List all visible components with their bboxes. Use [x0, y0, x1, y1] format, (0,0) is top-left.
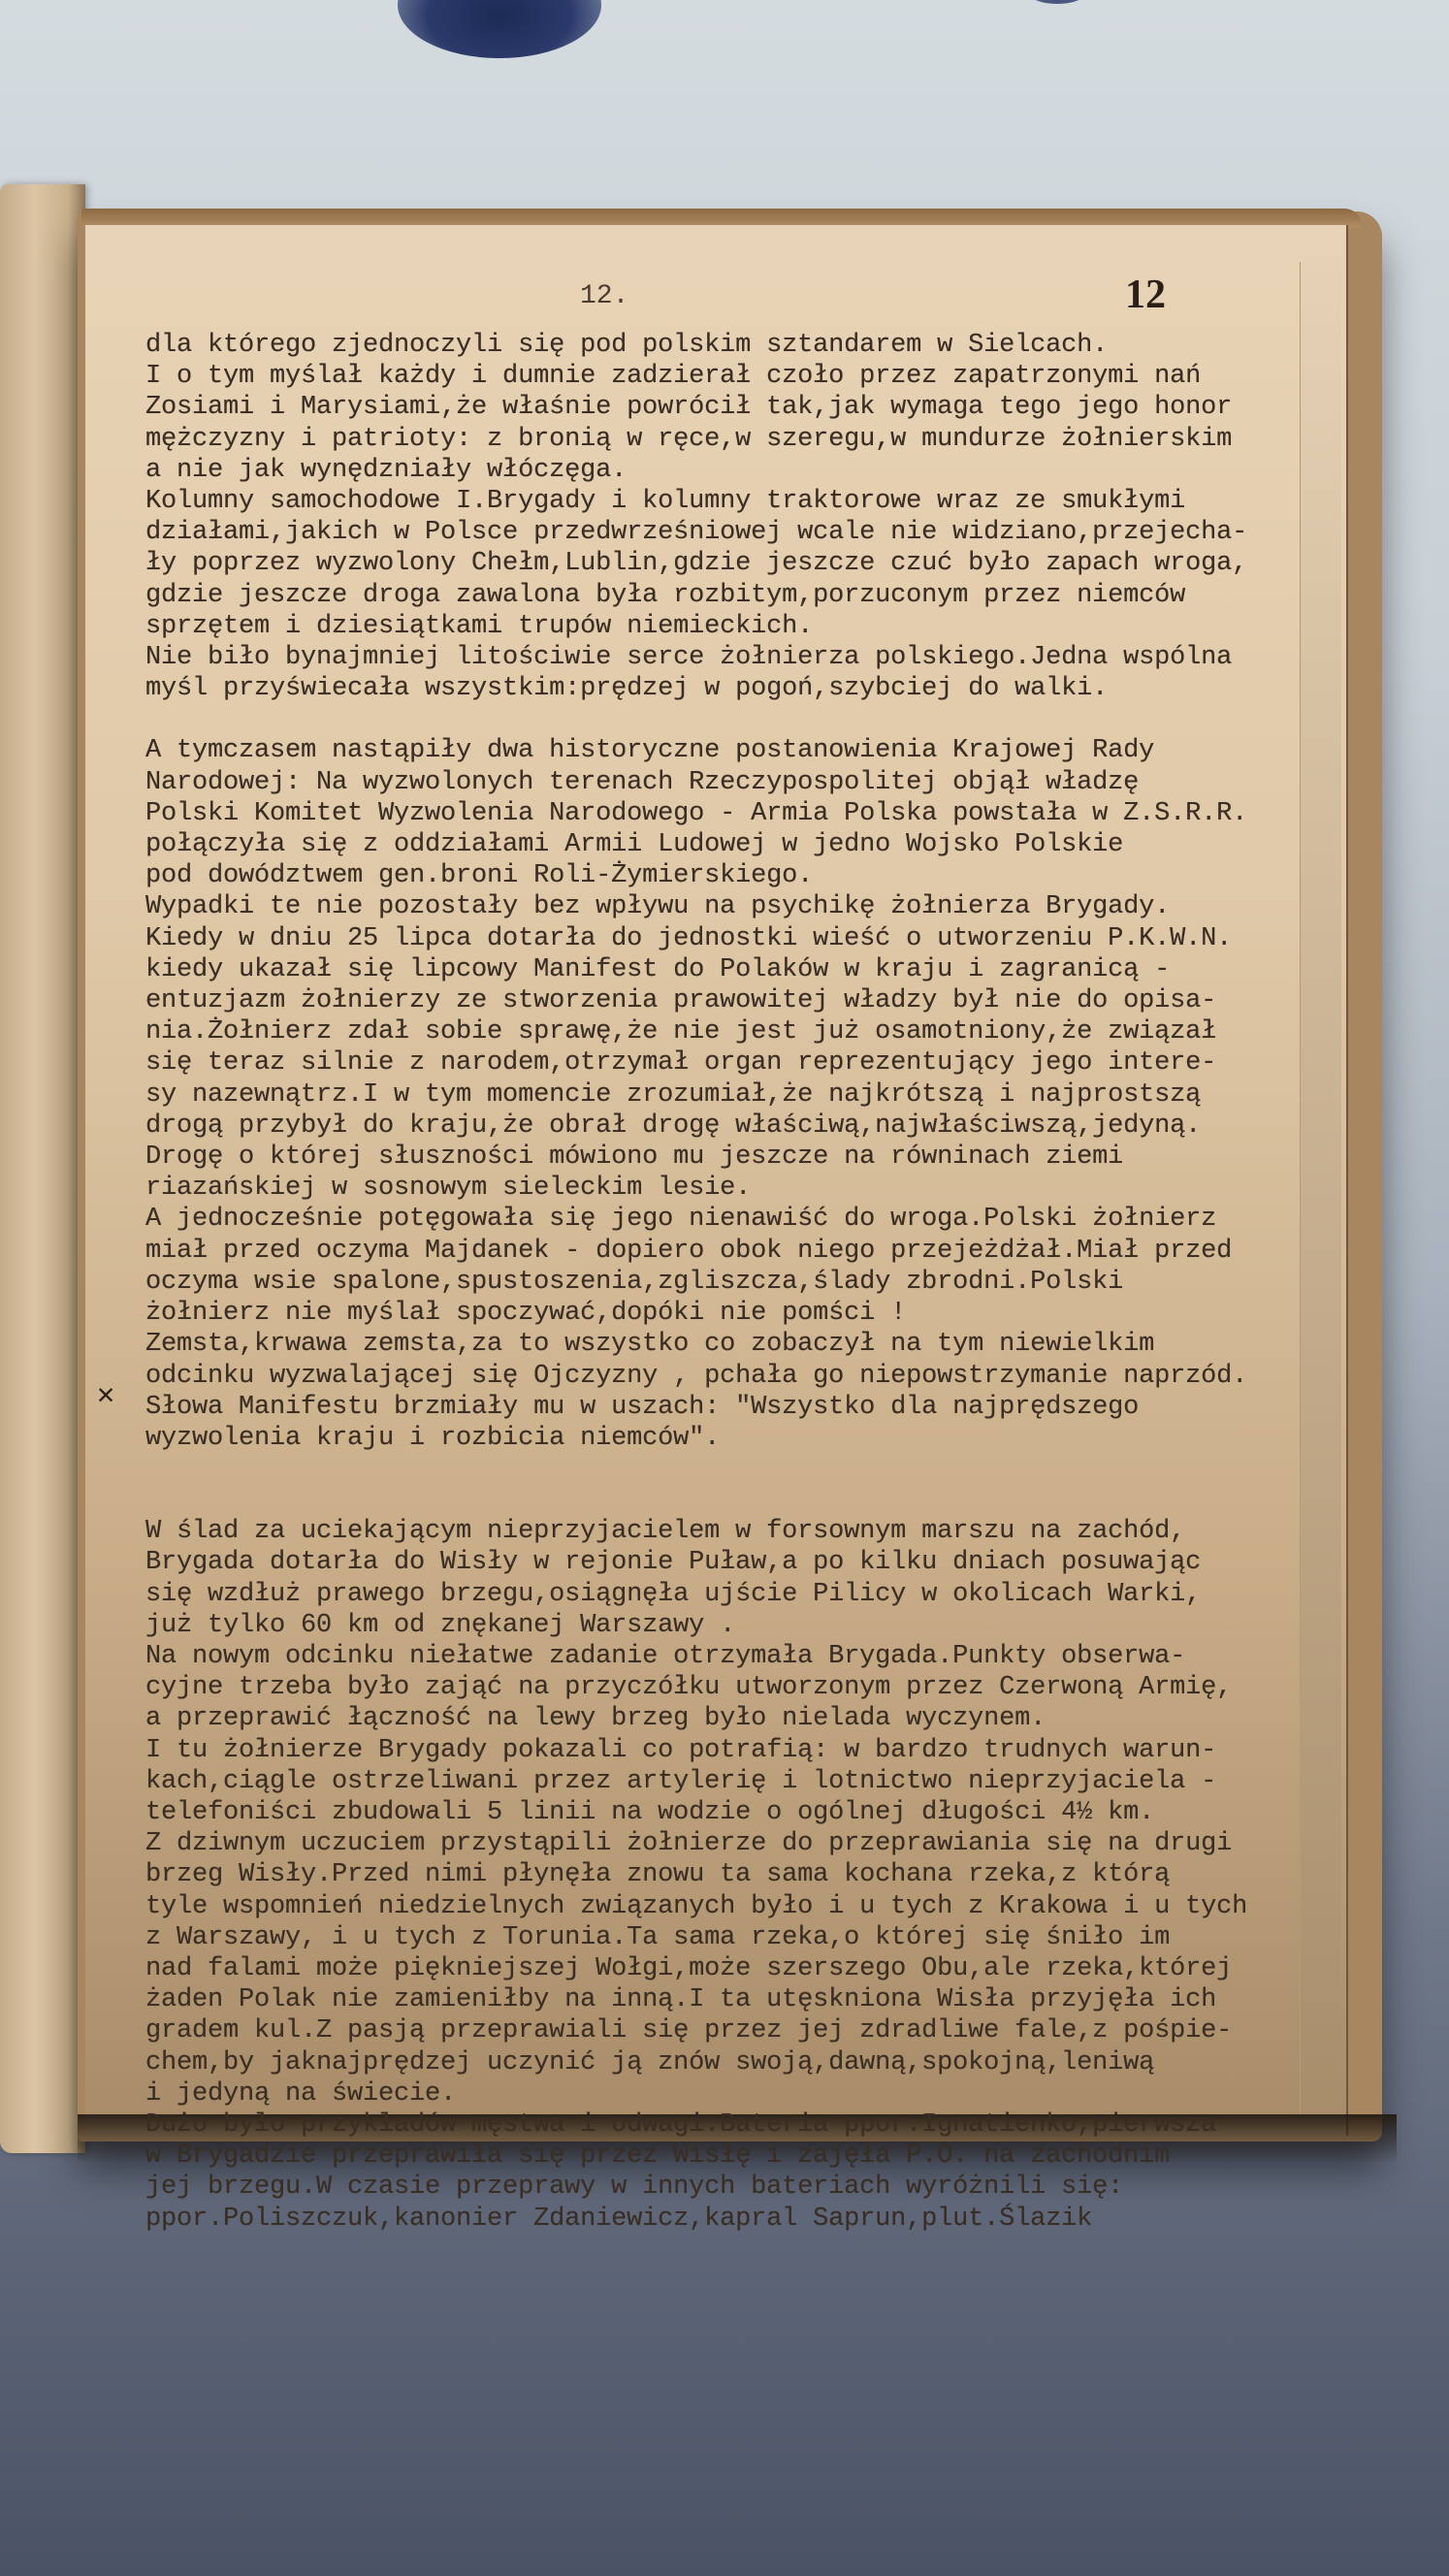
paragraph-3: W ślad za uciekającym nieprzyjacielem w … — [145, 1516, 1338, 2235]
text-line: sprzętem i dziesiątkami trupów niemiecki… — [145, 611, 1338, 642]
background-object — [398, 0, 601, 58]
background-object-small — [1028, 0, 1086, 4]
text-line: Kolumny samochodowe I.Brygady i kolumny … — [145, 486, 1338, 517]
text-line: żaden Polak nie zamieniłby na inną.I ta … — [145, 1984, 1338, 2015]
text-line: pod dowództwem gen.broni Roli-Żymierskie… — [145, 860, 1338, 891]
text-line: gradem kul.Z pasją przeprawiali się prze… — [145, 2015, 1338, 2046]
document-body: dla którego zjednoczyli się pod polskim … — [145, 330, 1338, 2235]
text-line: Nie biło bynajmniej litościwie serce żoł… — [145, 642, 1338, 673]
text-line: już tylko 60 km od znękanej Warszawy . — [145, 1610, 1338, 1641]
paragraph-1: dla którego zjednoczyli się pod polskim … — [145, 330, 1338, 704]
text-line: riazańskiej w sosnowym sieleckim lesie. — [145, 1173, 1338, 1204]
text-line: Dużo było przykładów męstwa i odwagi:Bat… — [145, 2109, 1338, 2141]
text-line: jej brzegu.W czasie przeprawy w innych b… — [145, 2172, 1338, 2203]
stamped-page-number: 12 — [1125, 272, 1166, 318]
text-line: chem,by jaknajprędzej uczynić ją znów sw… — [145, 2047, 1338, 2078]
text-line: odcinku wyzwalającej się Ojczyzny , pcha… — [145, 1361, 1338, 1392]
text-line: sy nazewnątrz.I w tym momencie zrozumiał… — [145, 1079, 1338, 1111]
text-line: Narodowej: Na wyzwolonych terenach Rzecz… — [145, 767, 1338, 798]
text-line: Zosiami i Marysiami,że właśnie powrócił … — [145, 392, 1338, 423]
text-line: i jedyną na świecie. — [145, 2078, 1338, 2109]
text-line: Zemsta,krwawa zemsta,za to wszystko co z… — [145, 1329, 1338, 1360]
text-line: wyzwolenia kraju i rozbicia niemców". — [145, 1423, 1338, 1454]
paragraph-gap — [145, 704, 1338, 735]
text-line: oczyma wsie spalone,spustoszenia,zgliszc… — [145, 1267, 1338, 1298]
text-line: Kiedy w dniu 25 lipca dotarła do jednost… — [145, 923, 1338, 954]
text-line: działami,jakich w Polsce przedwrześniowe… — [145, 517, 1338, 548]
text-line: się teraz silnie z narodem,otrzymał orga… — [145, 1047, 1338, 1079]
paragraph-2: A tymczasem nastąpiły dwa historyczne po… — [145, 735, 1338, 1454]
text-line: brzeg Wisły.Przed nimi płynęła znowu ta … — [145, 1859, 1338, 1890]
text-line: I o tym myślał każdy i dumnie zadzierał … — [145, 361, 1338, 392]
text-line: ppor.Poliszczuk,kanonier Zdaniewicz,kapr… — [145, 2204, 1338, 2235]
text-line: A jednocześnie potęgowała się jego niena… — [145, 1204, 1338, 1235]
text-line: Polski Komitet Wyzwolenia Narodowego - A… — [145, 798, 1338, 829]
text-line: myśl przyświecała wszystkim:prędzej w po… — [145, 673, 1338, 704]
text-line: gdzie jeszcze droga zawalona była rozbit… — [145, 580, 1338, 611]
text-line: telefoniści zbudowali 5 linii na wodzie … — [145, 1797, 1338, 1828]
text-line: nad falami może piękniejszej Wołgi,może … — [145, 1953, 1338, 1984]
text-line: ły poprzez wyzwolony Chełm,Lublin,gdzie … — [145, 548, 1338, 579]
text-line: połączyła się z oddziałami Armii Ludowej… — [145, 829, 1338, 860]
text-line: Brygada dotarła do Wisły w rejonie Puław… — [145, 1547, 1338, 1578]
text-line: a przeprawić łączność na lewy brzeg było… — [145, 1703, 1338, 1734]
text-line: mężczyzny i patrioty: z bronią w ręce,w … — [145, 424, 1338, 455]
text-line: Słowa Manifestu brzmiały mu w uszach: "W… — [145, 1392, 1338, 1423]
text-line: dla którego zjednoczyli się pod polskim … — [145, 330, 1338, 361]
text-line: A tymczasem nastąpiły dwa historyczne po… — [145, 735, 1338, 766]
margin-mark-icon: ✕ — [97, 1377, 126, 1406]
paragraph-gap — [145, 1454, 1338, 1516]
text-line: w Brygadzie przeprawiła się przez Wisłę … — [145, 2141, 1338, 2172]
text-line: tyle wspomnień niedzielnych związanych b… — [145, 1891, 1338, 1922]
text-line: Z dziwnym uczuciem przystąpili żołnierze… — [145, 1828, 1338, 1859]
text-line: kach,ciągle ostrzeliwani przez artylerię… — [145, 1766, 1338, 1797]
text-line: nia.Żołnierz zdał sobie sprawę,że nie je… — [145, 1016, 1338, 1047]
text-line: żołnierz nie myślał spoczywać,dopóki nie… — [145, 1298, 1338, 1329]
text-line: z Warszawy, i u tych z Torunia.Ta sama r… — [145, 1922, 1338, 1953]
text-line: drogą przybył do kraju,że obrał drogę wł… — [145, 1111, 1338, 1142]
text-line: Wypadki te nie pozostały bez wpływu na p… — [145, 891, 1338, 922]
text-line: się wzdłuż prawego brzegu,osiągnęła ujśc… — [145, 1579, 1338, 1610]
text-line: W ślad za uciekającym nieprzyjacielem w … — [145, 1516, 1338, 1547]
text-line: Drogę o której słuszności mówiono mu jes… — [145, 1142, 1338, 1173]
left-page-edge — [0, 184, 85, 2153]
text-line: miał przed oczyma Majdanek - dopiero obo… — [145, 1236, 1338, 1267]
text-line: entuzjazm żołnierzy ze stworzenia prawow… — [145, 985, 1338, 1016]
text-line: a nie jak wynędzniały włóczęga. — [145, 455, 1338, 486]
text-line: Na nowym odcinku niełatwe zadanie otrzym… — [145, 1641, 1338, 1672]
text-line: I tu żołnierze Brygady pokazali co potra… — [145, 1735, 1338, 1766]
text-line: kiedy ukazał się lipcowy Manifest do Pol… — [145, 954, 1338, 985]
text-line: cyjne trzeba było zająć na przyczółku ut… — [145, 1672, 1338, 1703]
typed-page-number: 12. — [580, 281, 628, 311]
